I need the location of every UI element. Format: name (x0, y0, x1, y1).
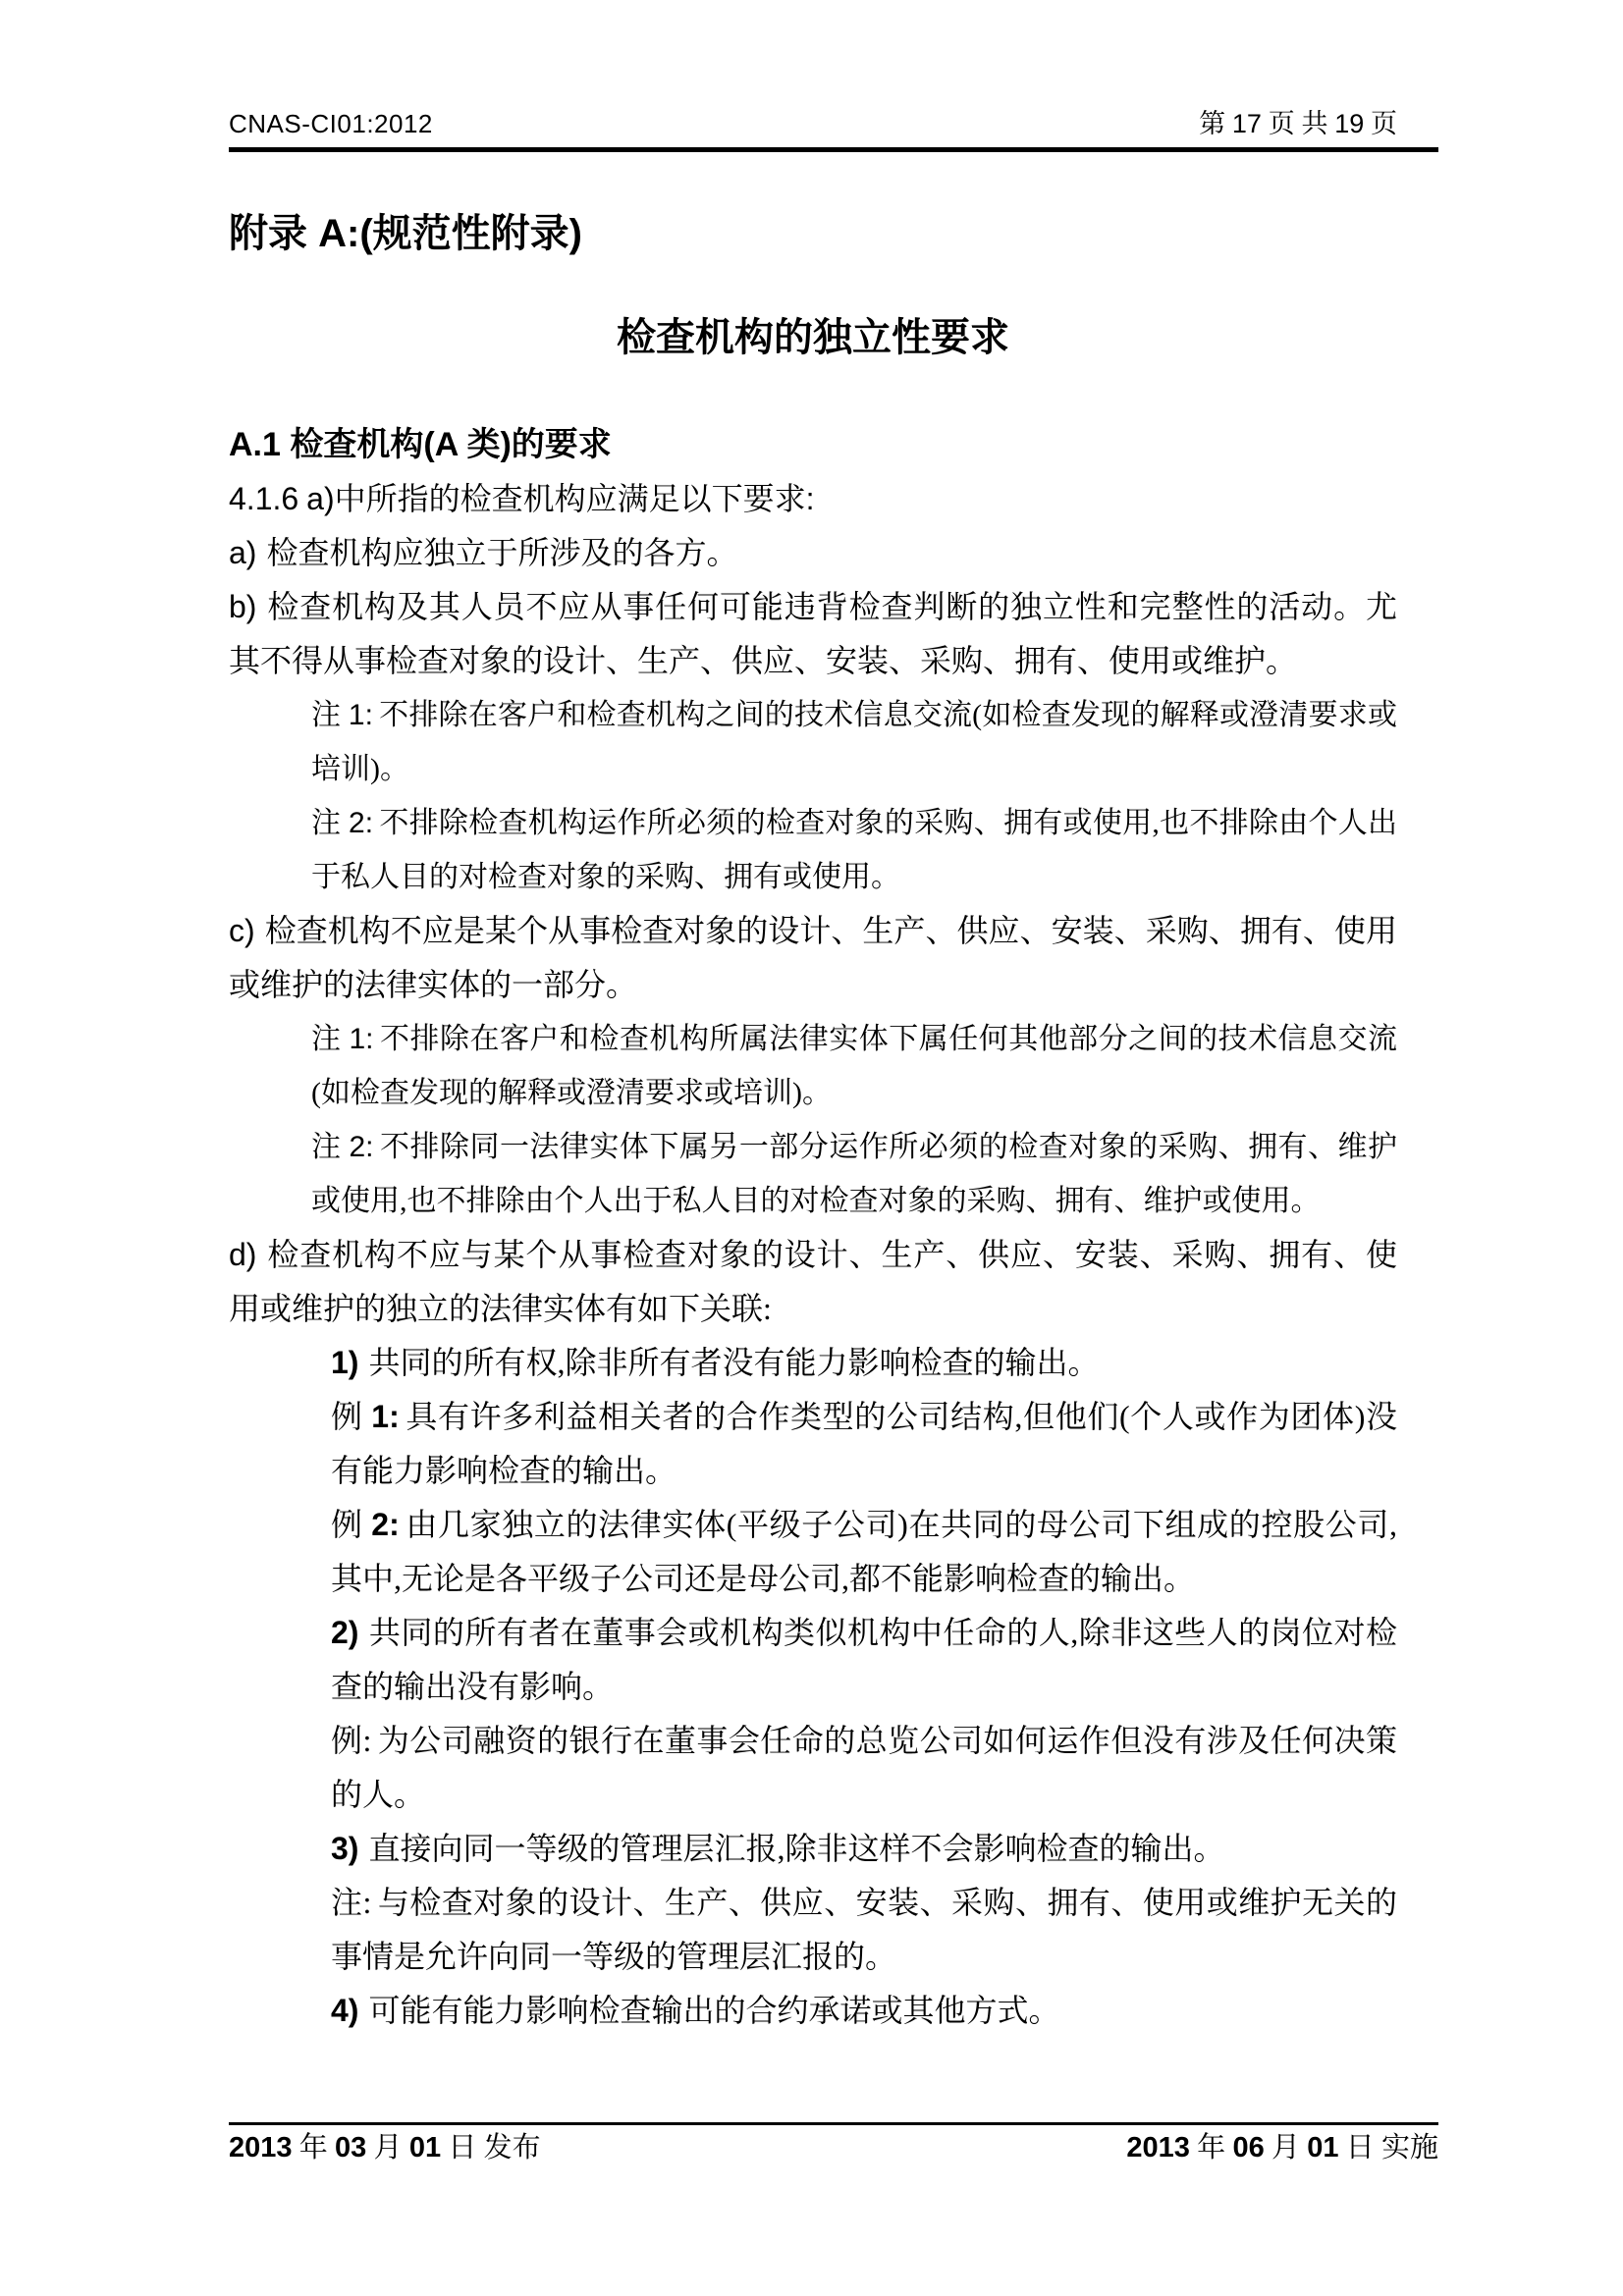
paragraph-label: 注 1: (311, 1023, 374, 1055)
paragraph-label: c) (229, 913, 255, 948)
paragraph-label: 4) (331, 1993, 358, 2028)
paragraph-text: 不排除在客户和检查机构所属法律实体下属任何其他部分之间的技术信息交流(如检查发现… (311, 1023, 1397, 1109)
paragraph-label: 注 1: (311, 699, 373, 731)
paragraph-text: 不排除同一法律实体下属另一部分运作所必须的检查对象的采购、拥有、维护或使用,也不… (311, 1131, 1397, 1217)
paragraph-label: b) (229, 589, 256, 624)
paragraph-subitem-1: 1)共同的所有权,除非所有者没有能力影响检查的输出。 (331, 1336, 1397, 1390)
paragraph-text: 不排除检查机构运作所必须的检查对象的采购、拥有或使用,也不排除由个人出于私人目的… (311, 807, 1397, 893)
paragraph-subitem-4: 4)可能有能力影响检查输出的合约承诺或其他方式。 (331, 1984, 1397, 2038)
document-page: CNAS-CI01:2012 第 17 页 共 19 页 附录 A:(规范性附录… (0, 0, 1623, 2296)
paragraph-text: 为公司融资的银行在董事会任命的总览公司如何运作但没有涉及任何决策的人。 (331, 1723, 1397, 1812)
paragraph-example-2: 例 2:由几家独立的法律实体(平级子公司)在共同的母公司下组成的控股公司,其中,… (331, 1498, 1397, 1606)
paragraph-example-1: 例 1:具有许多利益相关者的合作类型的公司结构,但他们(个人或作为团体)没有能力… (331, 1390, 1397, 1498)
paragraph-example-3: 例:为公司融资的银行在董事会任命的总览公司如何运作但没有涉及任何决策的人。 (331, 1714, 1397, 1822)
paragraph-label: 注 2: (311, 807, 373, 839)
paragraph-text: 共同的所有者在董事会或机构类似机构中任命的人,除非这些人的岗位对检查的输出没有影… (331, 1615, 1397, 1704)
section-intro: 4.1.6 a)中所指的检查机构应满足以下要求: (229, 472, 1397, 526)
paragraph-note-d: 注:与检查对象的设计、生产、供应、安装、采购、拥有、使用或维护无关的事情是允许向… (331, 1876, 1397, 1984)
paragraph-text: 检查机构不应与某个从事检查对象的设计、生产、供应、安装、采购、拥有、使用或维护的… (229, 1237, 1397, 1326)
paragraph-text: 由几家独立的法律实体(平级子公司)在共同的母公司下组成的控股公司,其中,无论是各… (331, 1507, 1397, 1596)
paragraph-note-b1: 注 1:不排除在客户和检查机构之间的技术信息交流(如检查发现的解释或澄清要求或培… (311, 688, 1397, 796)
page-header: CNAS-CI01:2012 第 17 页 共 19 页 (229, 108, 1438, 139)
appendix-heading: 附录 A:(规范性附录) (229, 209, 582, 258)
page-footer: 2013 年 03 月 01 日 发布 2013 年 06 月 01 日 实施 (229, 2130, 1438, 2165)
paragraph-item-d: d)检查机构不应与某个从事检查对象的设计、生产、供应、安装、采购、拥有、使用或维… (229, 1228, 1397, 1336)
footer-divider (229, 2122, 1438, 2125)
paragraph-note-c2: 注 2:不排除同一法律实体下属另一部分运作所必须的检查对象的采购、拥有、维护或使… (311, 1120, 1397, 1228)
header-divider (229, 147, 1438, 152)
paragraph-label: a) (229, 535, 256, 570)
paragraph-text: 共同的所有权,除非所有者没有能力影响检查的输出。 (368, 1345, 1099, 1380)
paragraph-label: 2) (331, 1615, 358, 1650)
paragraph-item-a: a)检查机构应独立于所涉及的各方。 (229, 526, 1397, 580)
paragraph-text: 具有许多利益相关者的合作类型的公司结构,但他们(个人或作为团体)没有能力影响检查… (331, 1399, 1397, 1488)
paragraph-label: 例 2: (331, 1507, 400, 1542)
paragraph-label: d) (229, 1237, 256, 1272)
section-heading: A.1 检查机构(A 类)的要求 (229, 418, 1397, 472)
paragraph-text: 检查机构及其人员不应从事任何可能违背检查判断的独立性和完整性的活动。尤其不得从事… (229, 589, 1397, 678)
paragraph-item-b: b)检查机构及其人员不应从事任何可能违背检查判断的独立性和完整性的活动。尤其不得… (229, 580, 1397, 688)
document-body: A.1 检查机构(A 类)的要求 4.1.6 a)中所指的检查机构应满足以下要求… (229, 418, 1397, 2038)
paragraph-text: 检查机构不应是某个从事检查对象的设计、生产、供应、安装、采购、拥有、使用或维护的… (229, 913, 1397, 1002)
document-title: 检查机构的独立性要求 (229, 310, 1397, 364)
paragraph-label: 例 1: (331, 1399, 400, 1434)
paragraph-text: 直接向同一等级的管理层汇报,除非这样不会影响检查的输出。 (368, 1831, 1224, 1866)
paragraph-label: 1) (331, 1345, 358, 1380)
paragraph-item-c: c)检查机构不应是某个从事检查对象的设计、生产、供应、安装、采购、拥有、使用或维… (229, 904, 1397, 1012)
paragraph-text: 可能有能力影响检查输出的合约承诺或其他方式。 (368, 1993, 1059, 2028)
release-date: 2013 年 03 月 01 日 发布 (229, 2130, 541, 2165)
paragraph-note-b2: 注 2:不排除检查机构运作所必须的检查对象的采购、拥有或使用,也不排除由个人出于… (311, 796, 1397, 904)
paragraph-label: 注 2: (311, 1131, 374, 1163)
paragraph-text: 检查机构应独立于所涉及的各方。 (266, 535, 737, 570)
page-number-info: 第 17 页 共 19 页 (1199, 108, 1438, 139)
paragraph-subitem-3: 3)直接向同一等级的管理层汇报,除非这样不会影响检查的输出。 (331, 1822, 1397, 1876)
document-code: CNAS-CI01:2012 (229, 108, 433, 139)
paragraph-subitem-2: 2)共同的所有者在董事会或机构类似机构中任命的人,除非这些人的岗位对检查的输出没… (331, 1606, 1397, 1714)
paragraph-text: 与检查对象的设计、生产、供应、安装、采购、拥有、使用或维护无关的事情是允许向同一… (331, 1885, 1397, 1974)
paragraph-label: 3) (331, 1831, 358, 1866)
paragraph-label: 注: (331, 1885, 371, 1920)
paragraph-text: 不排除在客户和检查机构之间的技术信息交流(如检查发现的解释或澄清要求或培训)。 (311, 699, 1397, 785)
paragraph-note-c1: 注 1:不排除在客户和检查机构所属法律实体下属任何其他部分之间的技术信息交流(如… (311, 1012, 1397, 1120)
paragraph-label: 例: (331, 1723, 371, 1758)
implementation-date: 2013 年 06 月 01 日 实施 (1126, 2130, 1438, 2165)
